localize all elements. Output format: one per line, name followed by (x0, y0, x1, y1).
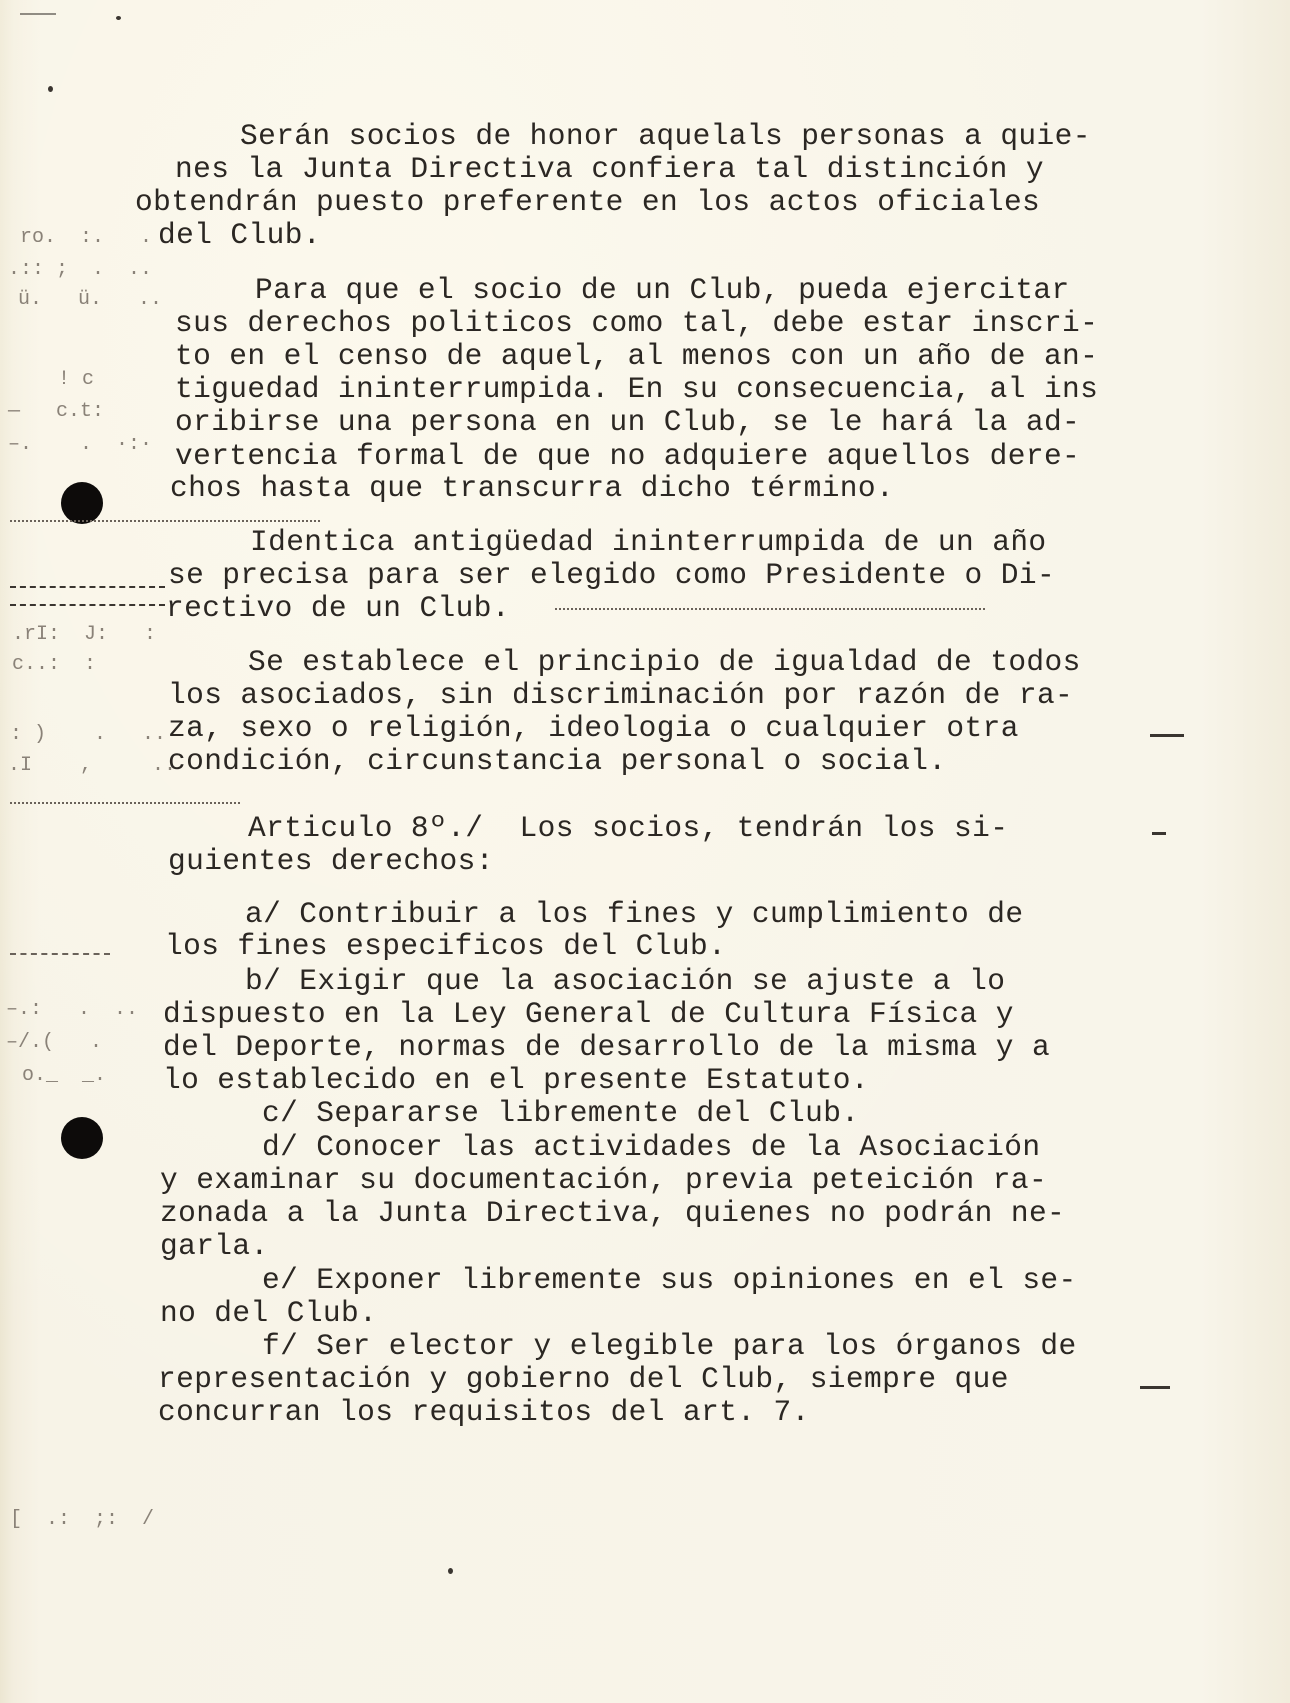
margin-show-through: –.: . .. (6, 1000, 138, 1020)
paragraph-rights-line: oribirse una persona en un Club, se le h… (175, 406, 1080, 438)
right-b-line: lo establecido en el presente Estatuto. (163, 1064, 869, 1096)
paragraph-rights-line: chos hasta que transcurra dicho término. (170, 472, 894, 504)
paragraph-rights-line: Para que el socio de un Club, pueda ejer… (255, 274, 1070, 306)
margin-show-through: –/.( . (6, 1033, 102, 1053)
paragraph-seniority-line: se precisa para ser elegido como Preside… (168, 559, 1055, 591)
article-8-line: guientes derechos: (168, 845, 494, 877)
margin-show-through: [ .: ;: / (10, 1510, 154, 1530)
right-d-line: zonada a la Junta Directiva, quienes no … (160, 1197, 1065, 1229)
paragraph-honor-line: del Club. (158, 219, 321, 251)
ink-speck (48, 86, 53, 92)
scanned-page: ro. :. . .:: ; . .. ü. ü. .. ! c — c.t: … (0, 0, 1290, 1703)
ink-speck (448, 1568, 453, 1574)
punch-hole-bottom (61, 1117, 103, 1159)
right-d-line: y examinar su documentación, previa pete… (160, 1164, 1047, 1196)
paragraph-equality-line: los asociados, sin discriminación por ra… (168, 679, 1073, 711)
margin-show-through: –. . ·:· (8, 435, 152, 455)
separator-rule (10, 520, 320, 522)
paragraph-honor-line: nes la Junta Directiva confiera tal dist… (175, 153, 1044, 185)
right-c-line: c/ Separarse libremente del Club. (262, 1097, 859, 1129)
right-f-line: concurran los requisitos del art. 7. (158, 1396, 810, 1428)
right-d-line: d/ Conocer las actividades de la Asociac… (262, 1131, 1040, 1163)
paragraph-seniority-line: rectivo de un Club. (166, 592, 510, 624)
margin-show-through: .I , .. (8, 756, 176, 776)
separator-rule (10, 604, 165, 606)
punch-hole-top (61, 482, 103, 524)
separator-rule (10, 802, 240, 804)
margin-show-through: ü. ü. .. (18, 290, 162, 310)
paragraph-equality-line: za, sexo o religión, ideologia o cualqui… (168, 712, 1019, 744)
margin-dash (1152, 832, 1166, 835)
margin-show-through: — c.t: (8, 402, 104, 422)
margin-show-through: .rI: J: : (12, 625, 156, 645)
right-e-line: no del Club. (160, 1297, 377, 1329)
paragraph-rights-line: sus derechos politicos como tal, debe es… (175, 307, 1098, 339)
paragraph-honor-line: Serán socios de honor aquelals personas … (240, 120, 1091, 152)
right-d-line: garla. (160, 1230, 269, 1262)
paragraph-rights-line: to en el censo de aquel, al menos con un… (175, 340, 1098, 372)
right-f-line: representación y gobierno del Club, siem… (158, 1363, 1009, 1395)
right-f-line: f/ Ser elector y elegible para los órgan… (262, 1330, 1077, 1362)
margin-show-through: ro. :. . (20, 228, 152, 248)
ink-speck (20, 13, 56, 15)
separator-rule (10, 586, 165, 588)
article-8-heading: Articulo 8º./ Los socios, tendrán los si… (248, 812, 1008, 844)
margin-show-through: : ) . .. (10, 725, 166, 745)
margin-show-through: ! c (58, 370, 94, 390)
separator-rule (10, 953, 110, 955)
paragraph-rights-line: vertencia formal de que no adquiere aque… (175, 440, 1080, 472)
margin-dash (1150, 734, 1184, 737)
paragraph-equality-line: Se establece el principio de igualdad de… (248, 646, 1081, 678)
paragraph-rights-line: tiguedad ininterrumpida. En su consecuen… (175, 373, 1098, 405)
separator-rule (555, 608, 985, 610)
right-b-line: b/ Exigir que la asociación se ajuste a … (245, 965, 1005, 997)
right-b-line: del Deporte, normas de desarrollo de la … (163, 1031, 1050, 1063)
right-e-line: e/ Exponer libremente sus opiniones en e… (262, 1264, 1077, 1296)
margin-show-through: o._ _. (22, 1066, 106, 1086)
right-b-line: dispuesto en la Ley General de Cultura F… (163, 998, 1014, 1030)
margin-show-through: c..: : (12, 655, 96, 675)
margin-dash (1140, 1386, 1170, 1389)
margin-show-through: .:: ; . .. (8, 260, 152, 280)
right-a-line: los fines especificos del Club. (165, 930, 726, 962)
right-a-line: a/ Contribuir a los fines y cumplimiento… (245, 898, 1023, 930)
paragraph-equality-line: condición, circunstancia personal o soci… (168, 745, 946, 777)
paragraph-honor-line: obtendrán puesto preferente en los actos… (135, 186, 1040, 218)
paragraph-seniority-line: Identica antigüedad ininterrumpida de un… (250, 526, 1047, 558)
ink-speck (116, 16, 121, 20)
